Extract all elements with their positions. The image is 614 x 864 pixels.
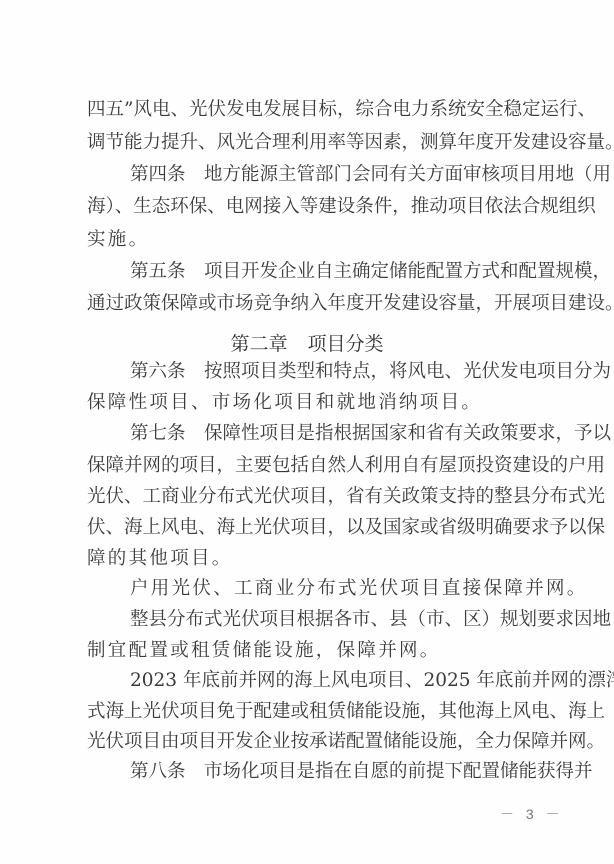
article-8-line: 第八条 市场化项目是指在自愿的前提下配置储能获得并 [130,759,540,785]
article-5-line: 第五条 项目开发企业自主确定储能配置方式和配置规模， [130,259,540,285]
body-text-line: 光伏、工商业分布式光伏项目，省有关政策支持的整县分布式光 [87,484,540,510]
body-text-line: 保障性项目、市场化项目和就地消纳项目。 [87,390,540,416]
chapter-number: 第二章 [230,331,287,357]
body-text-line: 海）、生态环保、电网接入等建设条件，推动项目依法合规组织 [87,194,540,220]
body-text-line: 2023 年底前并网的海上风电项目、2025 年底前并网的漂浮 [130,668,540,694]
body-text-line: 制宜配置或租赁储能设施，保障并网。 [87,638,540,664]
body-text-line: 式海上光伏项目免于配建或租赁储能设施，其他海上风电、海上 [87,699,540,725]
article-7-line: 第七条 保障性项目是指根据国家和省有关政策要求，予以 [130,421,540,447]
body-text-line: 障的其他项目。 [87,546,540,572]
body-text-line: 伏、海上风电、海上光伏项目，以及国家或省级明确要求予以保 [87,515,540,541]
document-page: 四五”风电、光伏发电发展目标，综合电力系统安全稳定运行、 调节能力提升、风光合理… [0,0,614,864]
body-text-line: 户用光伏、工商业分布式光伏项目直接保障并网。 [130,576,540,602]
body-text-line: 通过政策保障或市场竞争纳入年度开发建设容量，开展项目建设。 [87,291,540,317]
body-text-line: 四五”风电、光伏发电发展目标，综合电力系统安全稳定运行、 [87,97,540,123]
chapter-heading: 第二章项目分类 [0,331,614,357]
article-6-line: 第六条 按照项目类型和特点，将风电、光伏发电项目分为 [130,359,540,385]
body-text-line: 实施。 [87,227,540,253]
body-text-line: 调节能力提升、风光合理利用率等因素，测算年度开发建设容量。 [87,130,540,156]
article-4-line: 第四条 地方能源主管部门会同有关方面审核项目用地（用 [130,162,540,188]
page-number: － 3 － [500,804,564,824]
body-text-line: 整县分布式光伏项目根据各市、县（市、区）规划要求因地 [130,607,540,633]
body-text-line: 光伏项目由项目开发企业按承诺配置储能设施，全力保障并网。 [87,729,540,755]
body-text-line: 保障并网的项目，主要包括自然人利用自有屋顶投资建设的户用 [87,453,540,479]
chapter-title: 项目分类 [308,331,384,357]
